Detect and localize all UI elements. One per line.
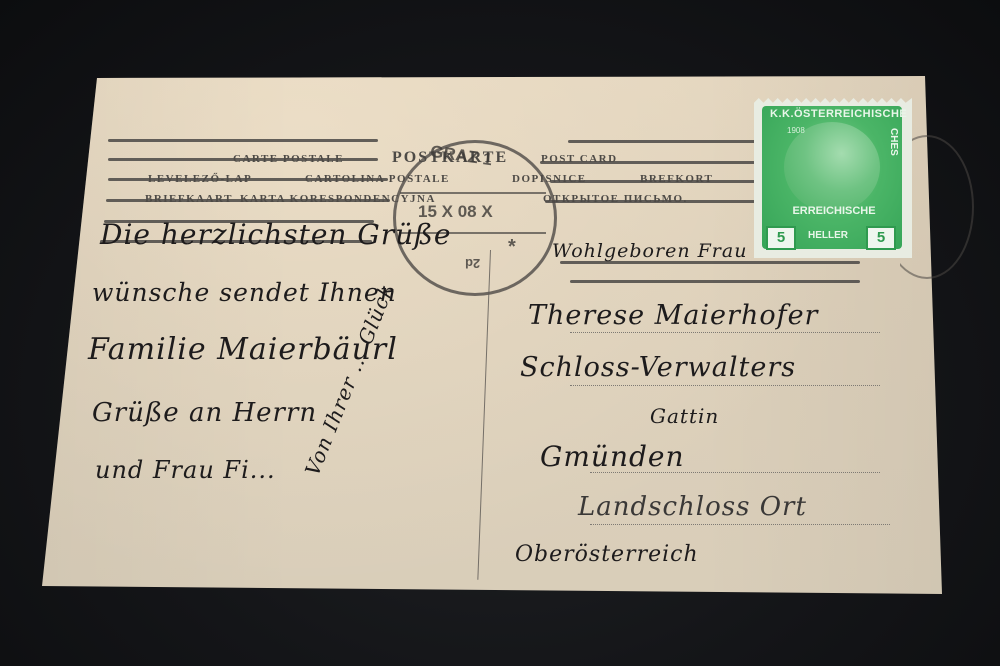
address-line-5: Gmünden <box>540 440 685 473</box>
address-line-3: Schloss-Verwalters <box>520 352 796 383</box>
address-line-7: Oberösterreich <box>515 542 699 567</box>
message-line-1: Die herzlichsten Grüße <box>100 218 451 251</box>
message-line-4: Grüße an Herrn <box>92 398 317 428</box>
header-levelezo-lap: LEVELEZŐ-LAP <box>148 173 252 185</box>
stamp-value-right: 5 <box>866 226 896 250</box>
address-line-1: Wohlgeboren Frau <box>552 240 747 262</box>
header-brefkort: BREFKORT <box>640 173 713 185</box>
address-line-guide <box>570 332 880 333</box>
stamp-bottom-text: ERREICHISCHE <box>770 205 898 217</box>
cancel-bar <box>570 280 860 283</box>
message-line-5: und Frau Fi... <box>95 456 276 484</box>
header-briefkaart: BRIEFKAART <box>145 193 233 205</box>
header-carte-postale: CARTE POSTALE <box>233 153 344 165</box>
cancel-bar <box>568 140 758 143</box>
stamp-value-left: 5 <box>766 226 796 250</box>
address-line-2: Therese Maierhofer <box>528 300 818 331</box>
header-post-card: POST CARD <box>541 153 618 165</box>
message-line-2: wünsche sendet Ihnen <box>92 278 397 307</box>
stamp-portrait-emperor <box>784 122 880 212</box>
stamp-top-text: K.K.ÖSTERREICHISCHE <box>770 108 898 120</box>
cancel-bar <box>108 139 378 142</box>
stamp-year: 1908 <box>787 126 805 135</box>
stamp-denomination: HELLER <box>800 230 856 241</box>
address-line-guide <box>590 524 890 525</box>
photo-scene: CARTE POSTALE POSTKARTE POST CARD LEVELE… <box>0 0 1000 666</box>
address-line-4: Gattin <box>650 404 719 428</box>
header-otkrytoe-pismo: ОТКРЫТОЕ ПИСЬМО. <box>543 193 688 205</box>
postmark-star: * <box>508 236 516 259</box>
address-line-guide <box>570 385 880 386</box>
address-line-6: Landschloss Ort <box>578 492 807 522</box>
stamp-side-text: CHES <box>888 128 899 156</box>
postmark-code: 2d <box>465 256 480 271</box>
